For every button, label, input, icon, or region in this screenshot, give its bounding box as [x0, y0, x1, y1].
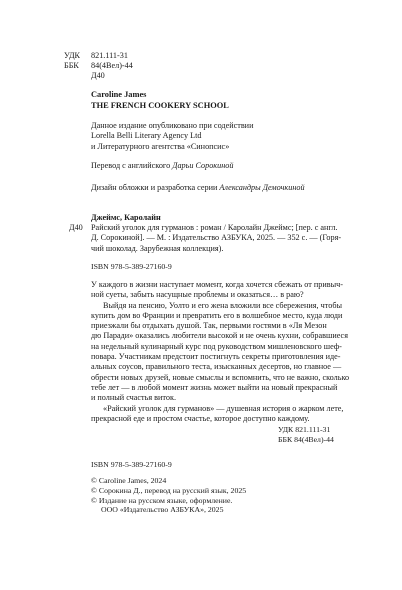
- annotation-line: «Райский уголок для гурманов» — душевная…: [91, 404, 307, 414]
- annotation-line: приезжали бы отдыхать душой. Так, первым…: [91, 321, 307, 331]
- annotation-line: купить дом во Франции и превратить его в…: [91, 311, 307, 321]
- copyright-line: © Сорокина Д., перевод на русский язык, …: [91, 486, 246, 496]
- bbk-label: ББК: [64, 61, 79, 71]
- translation-prefix: Перевод с английского: [91, 161, 172, 170]
- annotation-line: повара. Участникам предстоит постигнуть …: [91, 352, 307, 362]
- udk-label: УДК: [64, 51, 80, 61]
- annotation-line: обрести новых друзей, новые смыслы и всп…: [91, 373, 307, 383]
- catalog-mark: Д40: [69, 223, 83, 233]
- catalog-heading: Джеймс, Каролайн: [91, 213, 161, 223]
- annotation-line: тебе лет — в любой момент жизнь может вы…: [91, 383, 307, 393]
- catalog-isbn: ISBN 978-5-389-27160-9: [91, 262, 172, 272]
- copyright-isbn: ISBN 978-5-389-27160-9: [91, 460, 172, 470]
- rights-line: Lorella Belli Literary Agency Ltd: [91, 131, 253, 141]
- annotation-line: альных соусов, правильного теста, изыска…: [91, 362, 307, 372]
- translation-credit: Перевод с английского Дарьи Сорокиной: [91, 161, 233, 171]
- design-prefix: Дизайн обложки и разработка серии: [91, 183, 219, 192]
- udk-value: 821.111-31: [91, 51, 128, 61]
- original-title: THE FRENCH COOKERY SCHOOL: [91, 101, 229, 111]
- rights-block: Данное издание опубликовано при содейств…: [91, 121, 253, 152]
- translator-name: Дарьи Сорокиной: [172, 161, 233, 170]
- copyright-line: © Издание на русском языке, оформление.: [91, 496, 246, 506]
- bbk-value: 84(4Вел)-44: [91, 61, 133, 71]
- original-author: Caroline James: [91, 90, 146, 100]
- catalog-entry: Райский уголок для гурманов : роман / Ка…: [91, 223, 307, 254]
- bbk-repeat: ББК 84(4Вел)-44: [278, 435, 334, 445]
- catalog-entry-line: Райский уголок для гурманов : роман / Ка…: [91, 223, 307, 233]
- copyright-line: ООО «Издательство АЗБУКА», 2025: [91, 505, 246, 515]
- annotation: У каждого в жизни наступает момент, когд…: [91, 280, 307, 424]
- udk-repeat: УДК 821.111-31: [278, 425, 330, 435]
- annotation-line: прекрасной еде и простом счастье, которо…: [91, 414, 307, 424]
- annotation-line: на недельный кулинарный курс под руковод…: [91, 342, 307, 352]
- rights-line: Данное издание опубликовано при содейств…: [91, 121, 253, 131]
- annotation-line: дю Паради» оказались любители высокой и …: [91, 331, 307, 341]
- rights-line: и Литературного агентства «Синопсис»: [91, 142, 253, 152]
- catalog-entry-line: чий шоколад. Зарубежная коллекция).: [91, 244, 307, 254]
- annotation-line: ной суеты, забыть насущные проблемы и ок…: [91, 290, 307, 300]
- author-mark: Д40: [91, 71, 105, 81]
- copyright-line: © Caroline James, 2024: [91, 476, 246, 486]
- annotation-line: Выйдя на пенсию, Уолто и его жена вложил…: [91, 301, 307, 311]
- designer-name: Александры Демочкиной: [219, 183, 304, 192]
- design-credit: Дизайн обложки и разработка серии Алекса…: [91, 183, 305, 193]
- annotation-line: и полный счастья виток.: [91, 393, 307, 403]
- annotation-line: У каждого в жизни наступает момент, когд…: [91, 280, 307, 290]
- catalog-entry-line: Д. Сорокиной]. — М. : Издательство АЗБУК…: [91, 233, 307, 243]
- copyright-block: © Caroline James, 2024 © Сорокина Д., пе…: [91, 476, 246, 515]
